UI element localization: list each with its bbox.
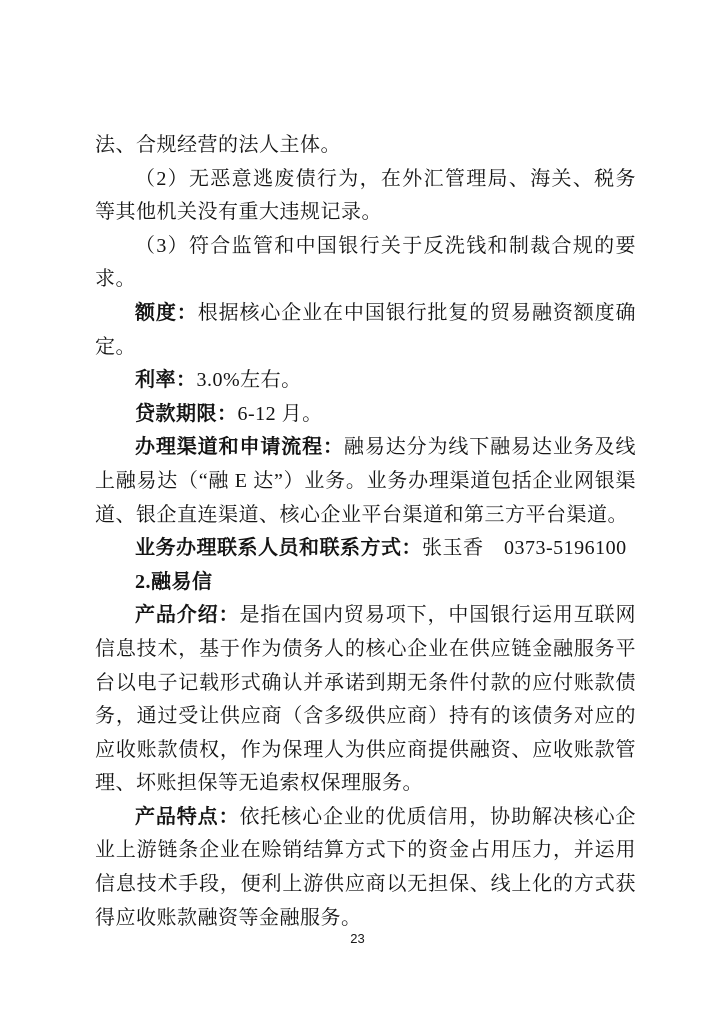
document-page: 法、合规经营的法人主体。（2）无恶意逃废债行为，在外汇管理局、海关、税务等其他机… [0, 0, 715, 1011]
paragraph: 利率：3.0%左右。 [95, 364, 636, 398]
paragraph-text: （3）符合监管和中国银行关于反洗钱和制裁合规的要求。 [95, 235, 636, 291]
page-number: 23 [350, 931, 364, 946]
paragraph-label: 产品介绍： [135, 604, 239, 626]
paragraph: 业务办理联系人员和联系方式：张玉香 0373-5196100 [95, 532, 636, 566]
paragraph-text: 张玉香 0373-5196100 [422, 537, 627, 559]
document-body: 法、合规经营的法人主体。（2）无恶意逃废债行为，在外汇管理局、海关、税务等其他机… [95, 129, 636, 935]
paragraph-label: 2.融易信 [135, 571, 213, 593]
paragraph: 产品特点：依托核心企业的优质信用，协助解决核心企业上游链条企业在赊销结算方式下的… [95, 801, 636, 935]
paragraph-text: 3.0%左右。 [197, 369, 302, 391]
paragraph-label: 业务办理联系人员和联系方式： [135, 537, 422, 559]
paragraph-text: 法、合规经营的法人主体。 [95, 134, 341, 156]
paragraph: 贷款期限：6-12 月。 [95, 398, 636, 432]
paragraph-label: 办理渠道和申请流程： [135, 436, 344, 458]
paragraph: （3）符合监管和中国银行关于反洗钱和制裁合规的要求。 [95, 230, 636, 297]
paragraph: 办理渠道和申请流程：融易达分为线下融易达业务及线上融易达（“融 E 达”）业务。… [95, 431, 636, 532]
paragraph: 2.融易信 [95, 566, 636, 600]
paragraph: 法、合规经营的法人主体。 [95, 129, 636, 163]
paragraph-text: 6-12 月。 [238, 403, 323, 425]
paragraph-label: 产品特点： [135, 806, 239, 828]
paragraph-label: 利率： [135, 369, 197, 391]
paragraph-text: （2）无恶意逃废债行为，在外汇管理局、海关、税务等其他机关没有重大违规记录。 [95, 168, 636, 224]
page-footer: 23 [0, 930, 715, 948]
paragraph: 额度：根据核心企业在中国银行批复的贸易融资额度确定。 [95, 297, 636, 364]
paragraph-text: 是指在国内贸易项下，中国银行运用互联网信息技术，基于作为债务人的核心企业在供应链… [95, 604, 636, 794]
paragraph: （2）无恶意逃废债行为，在外汇管理局、海关、税务等其他机关没有重大违规记录。 [95, 163, 636, 230]
paragraph-label: 贷款期限： [135, 403, 238, 425]
paragraph: 产品介绍：是指在国内贸易项下，中国银行运用互联网信息技术，基于作为债务人的核心企… [95, 599, 636, 801]
paragraph-label: 额度： [135, 302, 198, 324]
